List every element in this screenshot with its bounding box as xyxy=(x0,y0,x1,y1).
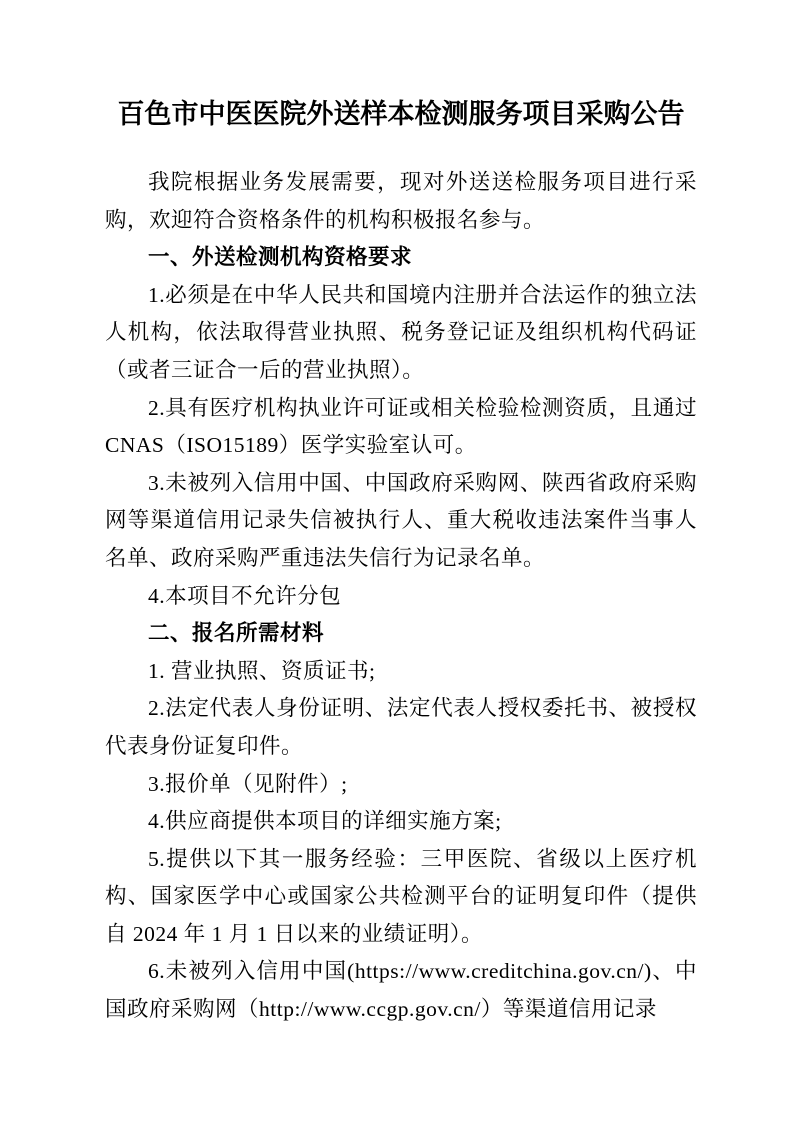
section-1-heading: 一、外送检测机构资格要求 xyxy=(105,239,697,277)
section-2-item-5: 5.提供以下其一服务经验：三甲医院、省级以上医疗机构、国家医学中心或国家公共检测… xyxy=(105,841,697,954)
intro-paragraph: 我院根据业务发展需要，现对外送送检服务项目进行采购，欢迎符合资格条件的机构积极报… xyxy=(105,164,697,239)
section-2-item-3: 3.报价单（见附件）; xyxy=(105,766,697,804)
section-2-item-2: 2.法定代表人身份证明、法定代表人授权委托书、被授权代表身份证复印件。 xyxy=(105,690,697,765)
document-title: 百色市中医医院外送样本检测服务项目采购公告 xyxy=(105,97,697,131)
section-1-item-2: 2.具有医疗机构执业许可证或相关检验检测资质，且通过CNAS（ISO15189）… xyxy=(105,390,697,465)
document-page: 百色市中医医院外送样本检测服务项目采购公告 我院根据业务发展需要，现对外送送检服… xyxy=(0,0,800,1131)
section-1-item-4: 4.本项目不允许分包 xyxy=(105,578,697,616)
document-body: 我院根据业务发展需要，现对外送送检服务项目进行采购，欢迎符合资格条件的机构积极报… xyxy=(105,164,697,1029)
section-1-item-3: 3.未被列入信用中国、中国政府采购网、陕西省政府采购网等渠道信用记录失信被执行人… xyxy=(105,465,697,578)
section-2-item-6: 6.未被列入信用中国(https://www.creditchina.gov.c… xyxy=(105,953,697,1028)
section-2-item-1: 1. 营业执照、资质证书; xyxy=(105,653,697,691)
section-2-heading: 二、报名所需材料 xyxy=(105,615,697,653)
section-1-item-1: 1.必须是在中华人民共和国境内注册并合法运作的独立法人机构，依法取得营业执照、税… xyxy=(105,277,697,390)
section-2-item-4: 4.供应商提供本项目的详细实施方案; xyxy=(105,803,697,841)
